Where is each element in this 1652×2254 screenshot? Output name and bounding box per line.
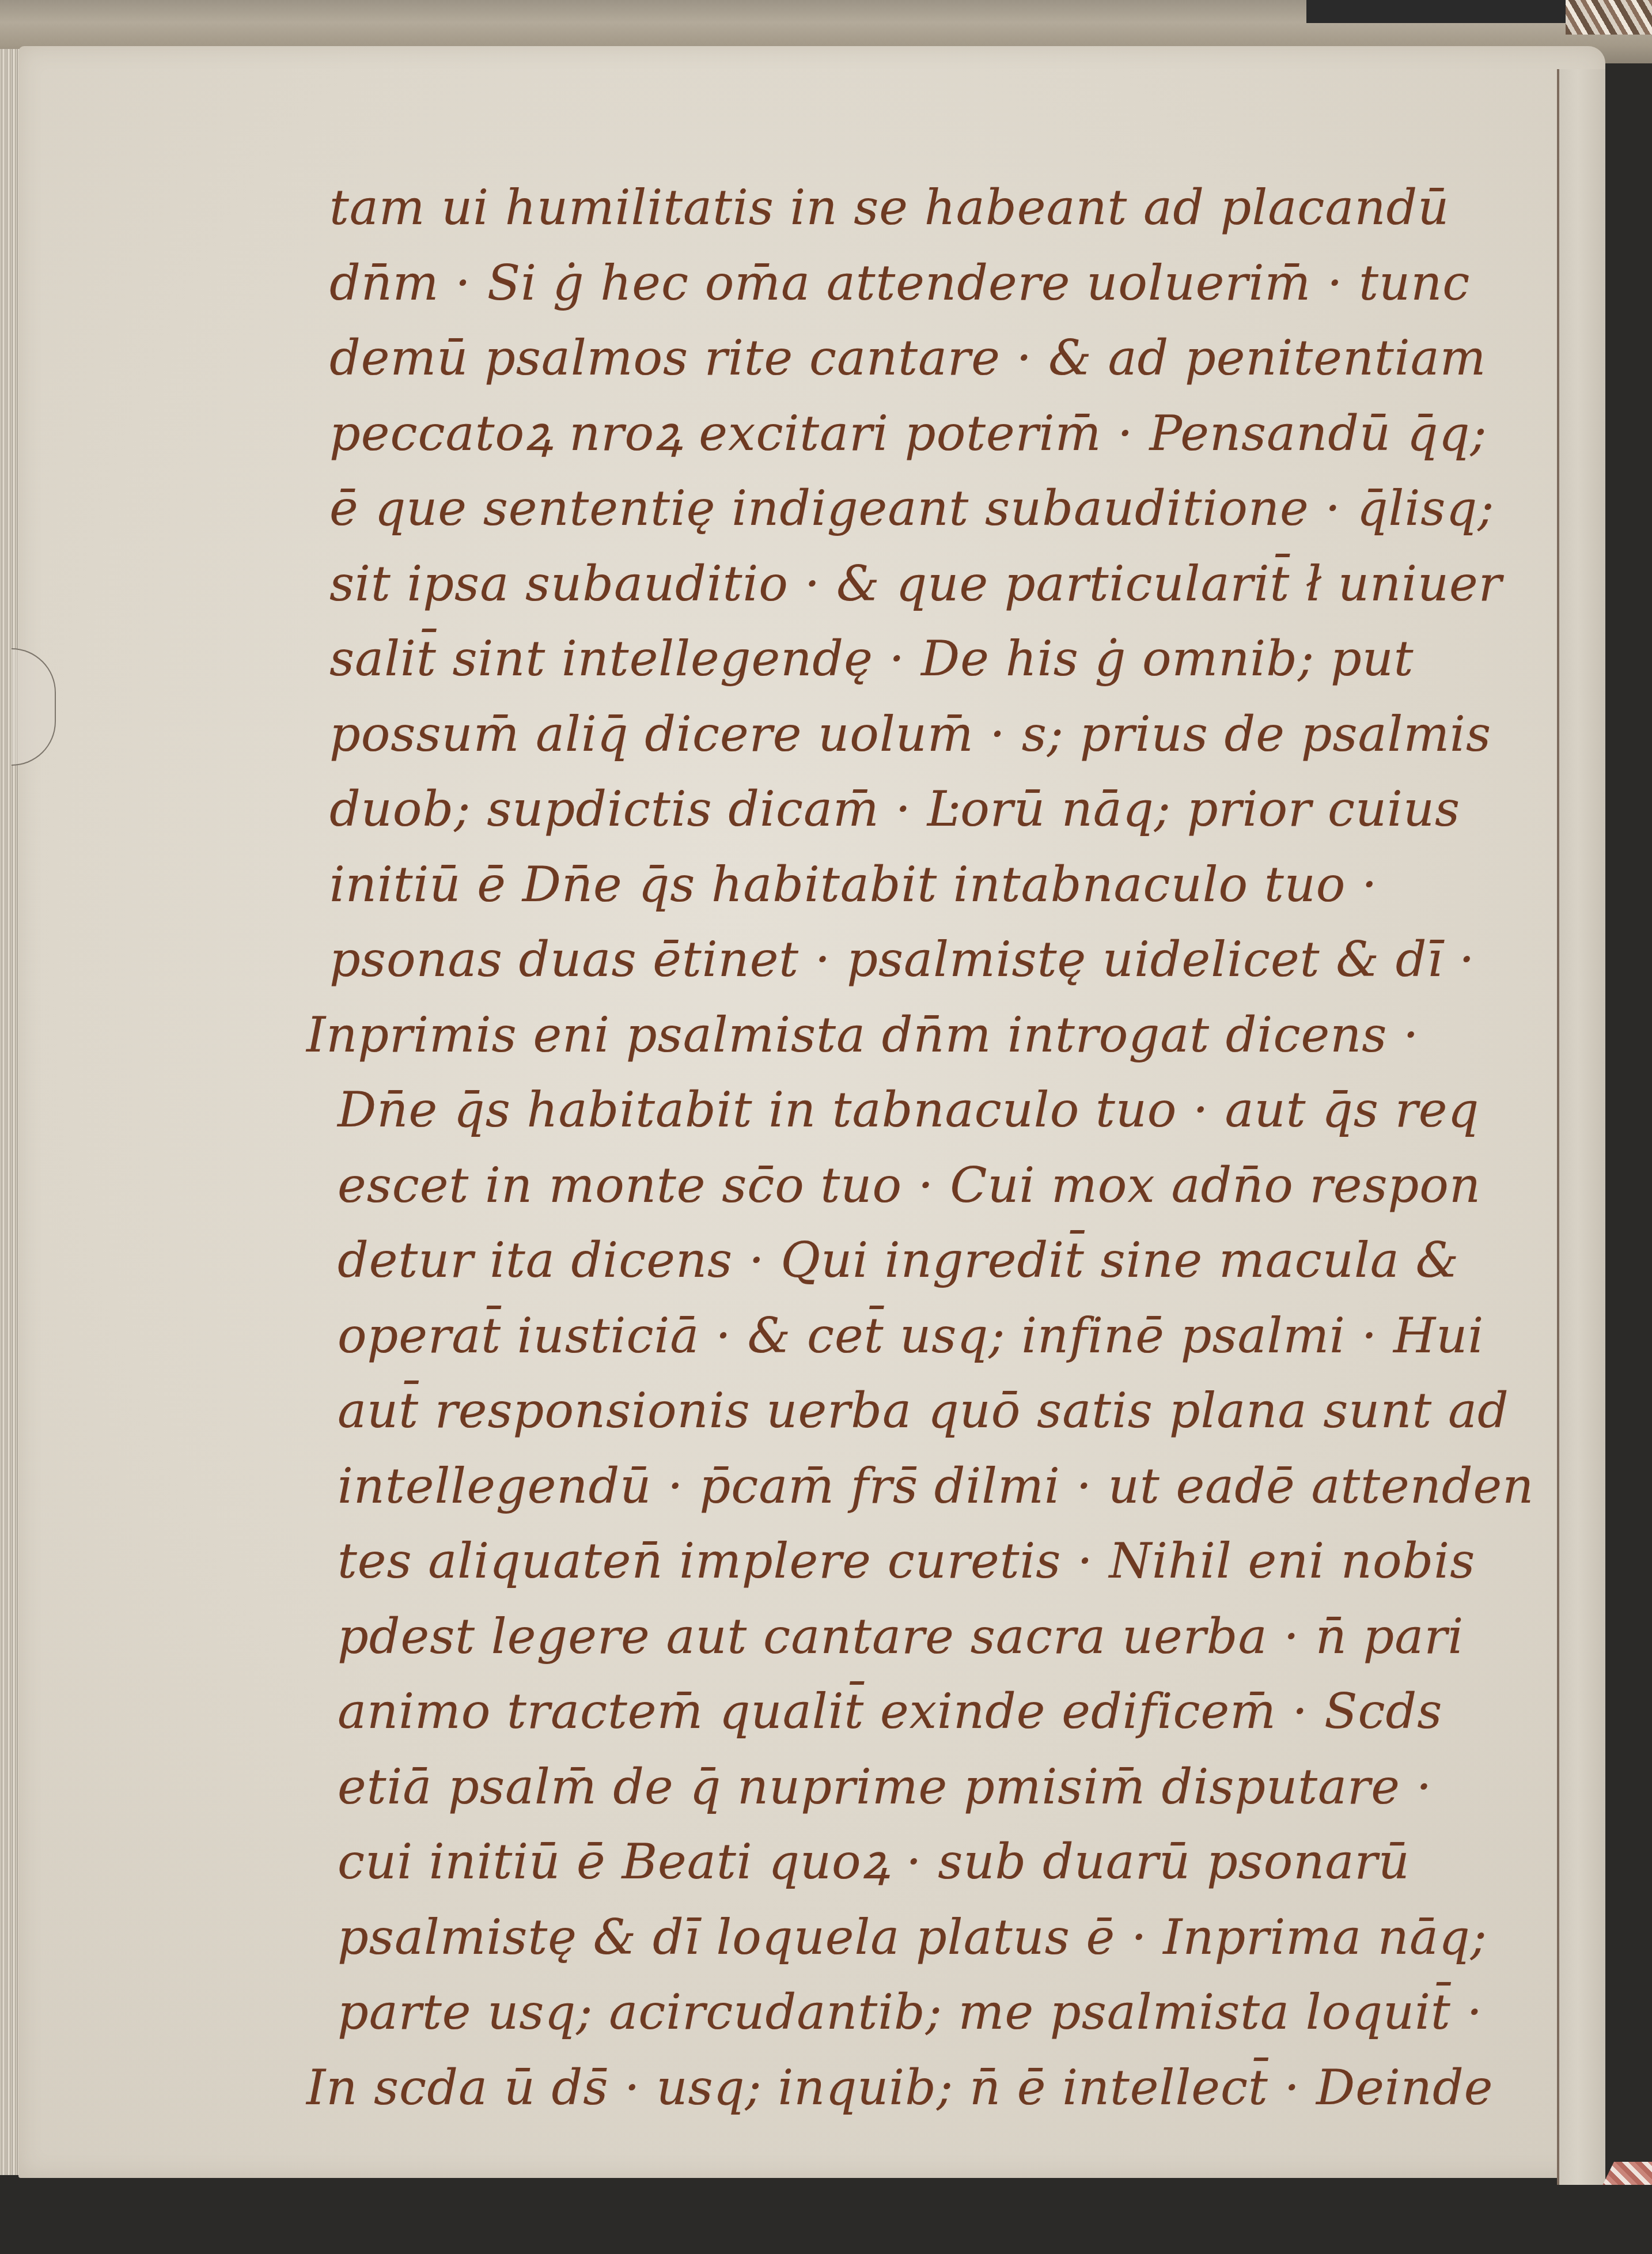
text-line: aut̄ responsionis uerba quō satis plana …	[338, 1373, 1516, 1449]
text-line: possum̄ aliq̄ dicere uolum̄ · s; prius d…	[329, 697, 1516, 772]
text-line-initial: In scda ū ds̄ · usq; inquib; n̄ ē intell…	[306, 2050, 1516, 2126]
text-line: ē que sententię indigeant subauditione ·…	[329, 471, 1516, 546]
text-line: sit ipsa subauditio · & que particularit…	[329, 546, 1516, 622]
background-bottom	[0, 2185, 1652, 2254]
text-line: psalmistę & dī loquela platus ē · Inprim…	[338, 1900, 1516, 1975]
text-line: parte usq; acircudantib; me psalmista lo…	[338, 1975, 1516, 2050]
text-line: tam ui humilitatis in se habeant ad plac…	[329, 170, 1516, 245]
marbled-edge-top	[1566, 0, 1652, 35]
manuscript-photograph: tam ui humilitatis in se habeant ad plac…	[0, 0, 1652, 2254]
text-line-initial: Inprimis eni psalmista dn̄m introgat dic…	[306, 997, 1516, 1073]
text-line: cui initiū ē Beati quoꝝ · sub duarū pson…	[338, 1824, 1516, 1900]
text-line: salit̄ sint intellegendę · De his ġ omni…	[329, 621, 1516, 697]
background-gap	[1306, 0, 1566, 23]
text-line: detur ita dicens · Qui ingredit̄ sine ma…	[338, 1223, 1516, 1298]
text-line: duob; supdictis dicam̄ · Ŀorū nāq; prior…	[329, 771, 1516, 847]
text-line: demū psalmos rite cantare · & ad peniten…	[329, 320, 1516, 396]
text-line: tes aliquaten̄ implere curetis · Nihil e…	[338, 1523, 1516, 1599]
text-line: dn̄m · Si ġ hec om̄a attendere uoluerim̄…	[329, 245, 1516, 321]
text-line: etiā psalm̄ de q̄ nuprime pmisim̄ disput…	[338, 1749, 1516, 1825]
text-line: escet in monte sc̄o tuo · Cui mox adn̄o …	[338, 1148, 1516, 1223]
manuscript-text-block: tam ui humilitatis in se habeant ad plac…	[329, 170, 1516, 2125]
text-line: psonas duas ētinet · psalmistę uidelicet…	[329, 922, 1516, 997]
text-line: operat̄ iusticiā · & cet̄ usq; infinē ps…	[338, 1298, 1516, 1374]
text-line: animo tractem̄ qualit̄ exinde edificem̄ …	[338, 1674, 1516, 1749]
text-line: peccatoꝝ nroꝝ excitari poterim̄ · Pensan…	[329, 396, 1516, 471]
next-leaf-edge	[1557, 69, 1605, 2224]
text-line: intellegendū · p̄cam̄ frs̄ dilmi · ut ea…	[338, 1449, 1516, 1524]
text-line: Dn̄e q̄s habitabit in tabnaculo tuo · au…	[338, 1072, 1516, 1148]
text-line: pdest legere aut cantare sacra uerba · n…	[338, 1599, 1516, 1674]
text-line: initiū ē Dn̄e q̄s habitabit intabnaculo …	[329, 847, 1516, 922]
